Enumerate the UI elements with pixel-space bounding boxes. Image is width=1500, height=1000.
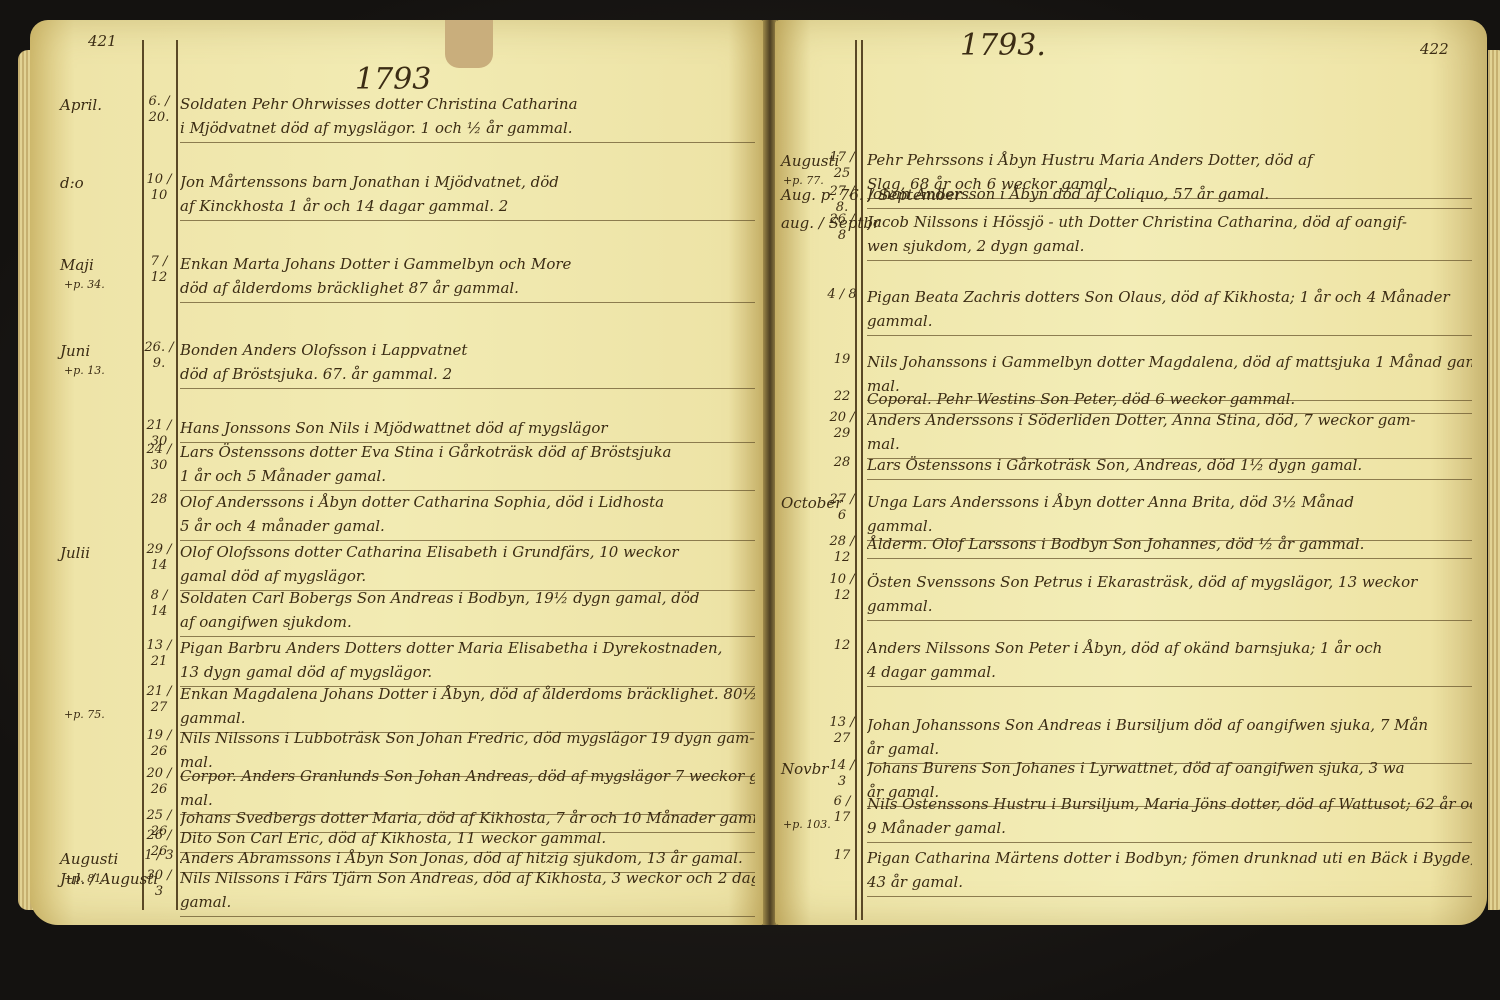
open-parish-register: 421 1793 April.6. / 20.Soldaten Pehr Ohr… <box>30 20 1500 925</box>
entry-line: Johan Andersson i Åbyn död af Coliquo, 5… <box>867 182 1472 206</box>
entry-line: Lars Östenssons dotter Eva Stina i Gårko… <box>180 440 755 464</box>
entry-month: Novbr <box>781 760 828 778</box>
entry-line: Pehr Pehrssons i Åbyn Hustru Maria Ander… <box>867 148 1472 172</box>
entry-dates: 6. / 20. <box>142 94 176 126</box>
bookmark-ribbon <box>445 20 493 68</box>
entry-line: Bonden Anders Olofsson i Lappvatnet <box>180 338 755 362</box>
burial-entry: Corpor. Anders Granlunds Son Johan Andre… <box>180 764 755 812</box>
burial-entry: Johan Johanssons Son Andreas i Bursiljum… <box>867 713 1472 761</box>
burial-entry: Soldaten Carl Bobergs Son Andreas i Bodb… <box>180 586 755 634</box>
burial-entry: Enkan Magdalena Johans Dotter i Åbyn, dö… <box>180 682 755 730</box>
entry-line: Hans Jonssons Son Nils i Mjödwattnet död… <box>180 416 755 440</box>
burial-entry: Anders Anderssons i Söderliden Dotter, A… <box>867 408 1472 456</box>
entry-page-reference: +p. 103. <box>783 818 831 831</box>
entry-line: af oangifwen sjukdom. <box>180 610 755 634</box>
entry-divider <box>867 558 1472 559</box>
entry-line: Enkan Magdalena Johans Dotter i Åbyn, dö… <box>180 682 755 706</box>
burial-entry: Pigan Catharina Märtens dotter i Bodbyn;… <box>867 846 1472 894</box>
burial-entry: Olof Olofssons dotter Catharina Elisabet… <box>180 540 755 588</box>
entry-divider <box>867 479 1472 480</box>
entry-line: af Kinckhosta 1 år och 14 dagar gammal. … <box>180 194 755 218</box>
entry-line: Nils Nilssons i Färs Tjärn Son Andreas, … <box>180 866 755 890</box>
entry-page-reference: +p. 34. <box>64 278 105 291</box>
entry-line: Pigan Beata Zachris dotters Son Olaus, d… <box>867 285 1472 309</box>
entry-line: Jacob Nilssons i Hössjö - uth Dotter Chr… <box>867 210 1472 234</box>
entry-line: 13 dygn gamal död af mygslägor. <box>180 660 755 684</box>
entry-dates: 19 / 26 <box>142 728 176 760</box>
burial-entry: Östen Svenssons Son Petrus i Ekarasträsk… <box>867 570 1472 618</box>
entry-dates: 1 / 3 <box>142 848 176 864</box>
entry-line: Anders Nilssons Son Peter i Åbyn, död af… <box>867 636 1472 660</box>
entry-line: Nils Nilssons i Lubboträsk Son Johan Fre… <box>180 726 755 750</box>
entry-line: 43 år gamal. <box>867 870 1472 894</box>
entry-line: Olof Anderssons i Åbyn dotter Catharina … <box>180 490 755 514</box>
burial-entry: Nils Östenssons Hustru i Bursiljum, Mari… <box>867 792 1472 840</box>
entry-dates: 20 / 26 <box>142 766 176 798</box>
day-column-rule <box>176 40 178 910</box>
burial-entry: Lars Östenssons i Gårkoträsk Son, Andrea… <box>867 453 1472 477</box>
burial-entry: Olof Anderssons i Åbyn dotter Catharina … <box>180 490 755 538</box>
page-number: 421 <box>88 32 117 50</box>
entry-line: död af ålderdoms bräcklighet 87 år gamma… <box>180 276 755 300</box>
entry-divider <box>180 388 755 389</box>
entry-page-reference: +p. 13. <box>64 364 105 377</box>
entry-divider <box>867 896 1472 897</box>
entry-dates: 12 <box>825 638 859 654</box>
entry-dates: 21 / 27 <box>142 684 176 716</box>
page-edges-right <box>1488 50 1500 910</box>
burial-entry: Unga Lars Anderssons i Åbyn dotter Anna … <box>867 490 1472 538</box>
burial-entry: Nils Nilssons i Färs Tjärn Son Andreas, … <box>180 866 755 914</box>
entry-dates: 22 <box>825 389 859 405</box>
left-page: 421 1793 April.6. / 20.Soldaten Pehr Ohr… <box>30 20 765 925</box>
entry-month: d:o <box>60 174 84 192</box>
entry-line: Anders Anderssons i Söderliden Dotter, A… <box>867 408 1472 432</box>
burial-entry: Soldaten Pehr Ohrwisses dotter Christina… <box>180 92 755 140</box>
entry-line: Olof Olofssons dotter Catharina Elisabet… <box>180 540 755 564</box>
entry-divider <box>867 208 1472 209</box>
entry-dates: 27 / 6 <box>825 492 859 524</box>
burial-entry: Ålderm. Olof Larssons i Bodbyn Son Johan… <box>867 532 1472 556</box>
entry-dates: 28 / 12 <box>825 534 859 566</box>
entry-dates: 29 / 14 <box>142 542 176 574</box>
entry-line: Ålderm. Olof Larssons i Bodbyn Son Johan… <box>867 532 1472 556</box>
burial-entry: Lars Östenssons dotter Eva Stina i Gårko… <box>180 440 755 488</box>
entry-divider <box>867 260 1472 261</box>
burial-entry: Johan Andersson i Åbyn död af Coliquo, 5… <box>867 182 1472 206</box>
entry-dates: 26 / 8 <box>825 212 859 244</box>
entry-divider <box>867 620 1472 621</box>
entry-line: wen sjukdom, 2 dygn gamal. <box>867 234 1472 258</box>
entry-dates: 17 <box>825 848 859 864</box>
entry-dates: 13 / 21 <box>142 638 176 670</box>
entry-line: Jon Mårtenssons barn Jonathan i Mjödvatn… <box>180 170 755 194</box>
entry-dates: 4 / 8 <box>825 287 859 303</box>
entry-month: Juni <box>60 342 90 360</box>
entry-dates: 7 / 12 <box>142 254 176 286</box>
entry-dates: 10 / 10 <box>142 172 176 204</box>
entry-dates: 30 / 3 <box>142 868 176 900</box>
entry-line: Nils Östenssons Hustru i Bursiljum, Mari… <box>867 792 1472 816</box>
entry-dates: 17 / 25 <box>825 150 859 182</box>
entry-line: Soldaten Pehr Ohrwisses dotter Christina… <box>180 92 755 116</box>
entry-dates: 14 / 3 <box>825 758 859 790</box>
entry-line: 1 år och 5 Månader gamal. <box>180 464 755 488</box>
entry-line: Östen Svenssons Son Petrus i Ekarasträsk… <box>867 570 1472 594</box>
burial-entry: Pigan Barbru Anders Dotters dotter Maria… <box>180 636 755 684</box>
entry-line: Unga Lars Anderssons i Åbyn dotter Anna … <box>867 490 1472 514</box>
entry-dates: 28 <box>825 455 859 471</box>
entry-line: 4 dagar gammal. <box>867 660 1472 684</box>
burial-entry: Anders Nilssons Son Peter i Åbyn, död af… <box>867 636 1472 684</box>
entry-line: gamal. <box>180 890 755 914</box>
entry-dates: 8 / 14 <box>142 588 176 620</box>
entry-dates: 19 <box>825 352 859 368</box>
entry-line: i Mjödvatnet död af mygslägor. 1 och ½ å… <box>180 116 755 140</box>
burial-entry: Bonden Anders Olofsson i Lappvatnetdöd a… <box>180 338 755 386</box>
entry-divider <box>180 916 755 917</box>
entry-month: Maji <box>60 256 94 274</box>
entry-line: Nils Johanssons i Gammelbyn dotter Magda… <box>867 350 1472 374</box>
right-page: 1793. 422 Augusti+p. 77.17 / 25Pehr Pehr… <box>775 20 1487 925</box>
page-number: 422 <box>1420 40 1449 58</box>
entry-dates: 20 / 29 <box>825 410 859 442</box>
entry-line: Pigan Catharina Märtens dotter i Bodbyn;… <box>867 846 1472 870</box>
entry-month: Augusti <box>60 850 118 868</box>
entry-dates: 6 / 17 <box>825 794 859 826</box>
burial-entry: Pigan Beata Zachris dotters Son Olaus, d… <box>867 285 1472 333</box>
entry-divider <box>867 686 1472 687</box>
entry-line: död af Bröstsjuka. 67. år gammal. 2 <box>180 362 755 386</box>
entry-line: gammal. <box>867 594 1472 618</box>
entry-line: Soldaten Carl Bobergs Son Andreas i Bodb… <box>180 586 755 610</box>
entry-month: Julii <box>60 544 90 562</box>
entry-line: Enkan Marta Johans Dotter i Gammelbyn oc… <box>180 252 755 276</box>
burial-entry: Jon Mårtenssons barn Jonathan i Mjödvatn… <box>180 170 755 218</box>
entry-divider <box>180 142 755 143</box>
entry-page-reference: +p. 75. <box>64 708 105 721</box>
entry-line: 5 år och 4 månader gamal. <box>180 514 755 538</box>
entry-dates: 26. / 9. <box>142 340 176 372</box>
entry-line: 9 Månader gamal. <box>867 816 1472 840</box>
entry-dates: 13 / 27 <box>825 715 859 747</box>
entry-line: Johan Johanssons Son Andreas i Bursiljum… <box>867 713 1472 737</box>
entry-dates: 24 / 30 <box>142 442 176 474</box>
entry-line: Lars Östenssons i Gårkoträsk Son, Andrea… <box>867 453 1472 477</box>
day-column-rule-inner <box>861 40 863 920</box>
entry-line: Pigan Barbru Anders Dotters dotter Maria… <box>180 636 755 660</box>
burial-entry: Hans Jonssons Son Nils i Mjödwattnet död… <box>180 416 755 440</box>
page-year: 1793. <box>960 28 1046 63</box>
entry-line: Corpor. Anders Granlunds Son Johan Andre… <box>180 764 755 788</box>
burial-entry: Enkan Marta Johans Dotter i Gammelbyn oc… <box>180 252 755 300</box>
entry-divider <box>867 842 1472 843</box>
entry-divider <box>180 220 755 221</box>
entry-divider <box>180 302 755 303</box>
entry-line: Johans Burens Son Johanes i Lyrwattnet, … <box>867 756 1472 780</box>
entry-dates: 28 <box>142 492 176 508</box>
entry-dates: 10 / 12 <box>825 572 859 604</box>
entry-divider <box>867 335 1472 336</box>
burial-entry: Jacob Nilssons i Hössjö - uth Dotter Chr… <box>867 210 1472 258</box>
entry-line: gamal död af mygslägor. <box>180 564 755 588</box>
entry-month: April. <box>60 96 102 114</box>
entry-line: gammal. <box>867 309 1472 333</box>
